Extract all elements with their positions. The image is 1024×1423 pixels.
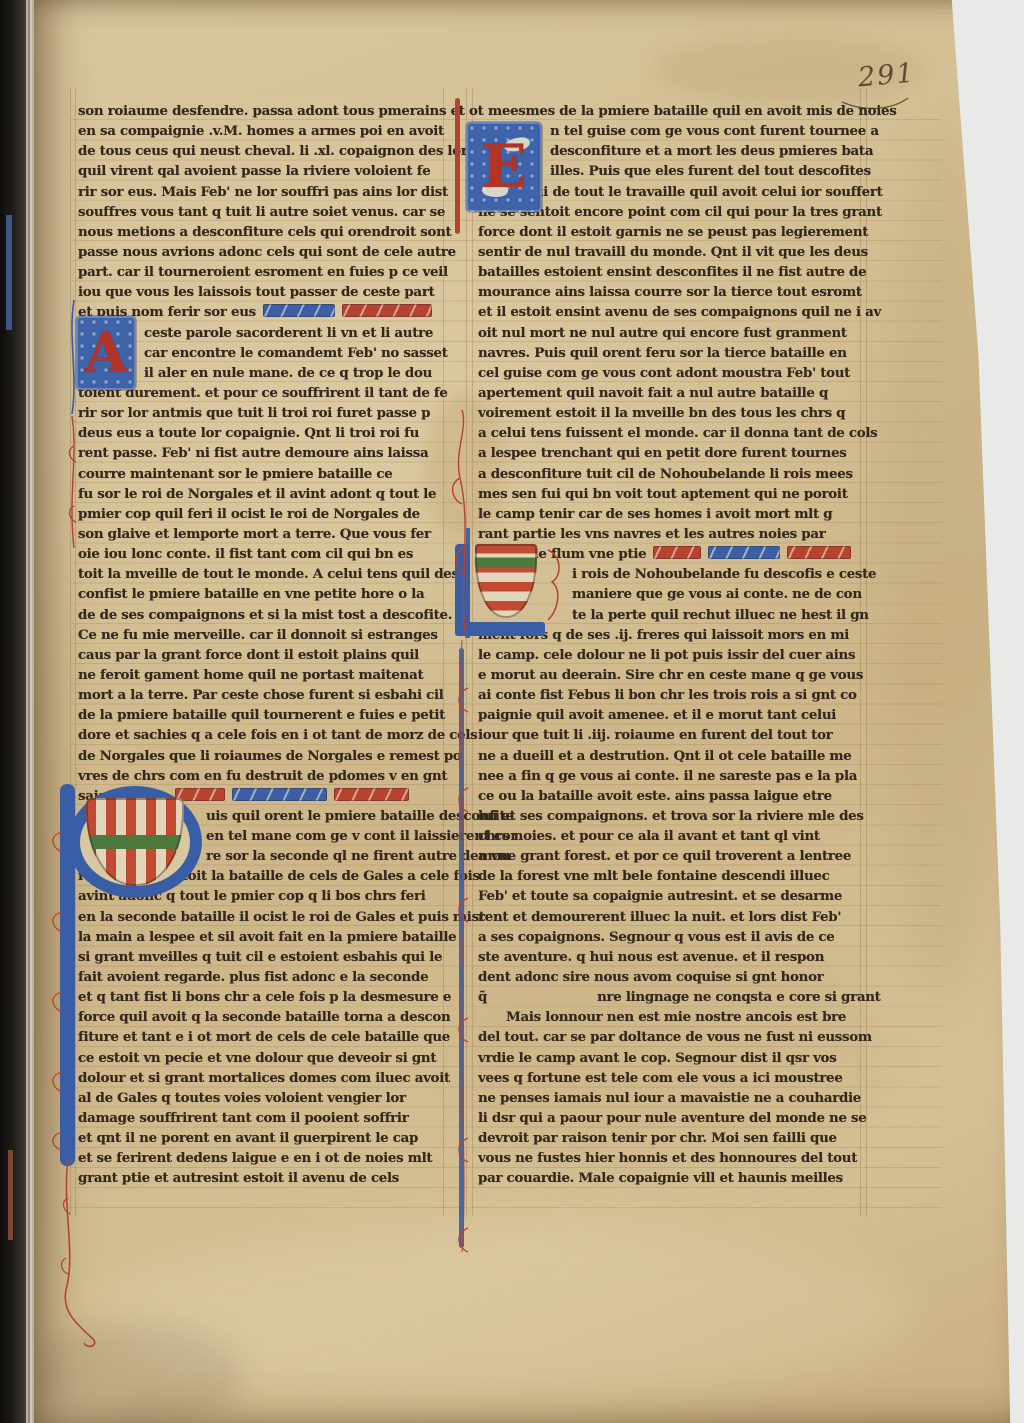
parchment-light-patch [94,1225,914,1400]
line-text: ce estoit vn pecie et vne dolour que dev… [78,1050,436,1066]
text-line: Mais lonnour nen est mie nostre ancois e… [478,1006,864,1026]
text-line: del tout. car se par doltance de vous ne… [478,1026,864,1046]
text-column-right: meesmes de la pmiere bataille quil en av… [478,100,864,1188]
line-text: ste aventure. q hui nous est avenue. et … [478,949,824,965]
text-line: q̃nre lingnage ne conqsta e core si gran… [478,986,864,1006]
line-text: del tout. car se par doltance de vous ne… [478,1029,872,1045]
text-line: de Norgales que li roiaumes de Norgales … [78,745,450,765]
text-line: confist le pmiere bataille en vne petite… [78,583,450,603]
red-filigree-icon [542,546,566,624]
text-line: devroit par raison tenir por chr. Moi se… [478,1127,864,1147]
line-filler-blue-icon [708,546,780,559]
text-line: mourance ains laissa courre sor la tierc… [478,281,864,301]
line-filler-red-icon [653,546,701,559]
text-line: pmier cop quil feri il ocist le roi de N… [78,503,450,523]
text-line: e morut au deerain. Sire chr en ceste ma… [478,664,864,684]
line-text: car encontre le comandemt Feb' no sasset [144,345,448,361]
intercolumn-flourish-icon [438,640,482,1264]
line-text: son roiaume desfendre. passa adont tous … [78,103,484,119]
line-text: fu sor le roi de Norgales et il avint ad… [78,486,436,502]
line-text: cel guise com ge vous cont adont moustra… [478,365,850,381]
text-line: la main a lespee et sil avoit fait en la… [78,926,450,946]
line-text: et il estoit ensint avenu de ses compaig… [478,304,881,320]
line-text: ne feroit gament home quil ne portast ma… [78,667,423,683]
illuminated-initial-P: P [56,784,208,904]
line-text: sentir de nul travaill du monde. Qnt il … [478,244,868,260]
line-text: force dont il estoit garnis ne se peust … [478,224,868,240]
margin-hooks-icon [40,820,66,1150]
line-text: et q tant fist li bons chr a cele fois p… [78,989,451,1005]
text-line: ne a dueill et a destrution. Qnt il ot c… [478,745,864,765]
line-text: rant partie les vns navres et les autres… [478,526,825,542]
line-text: grant ptie et autresint estoit il avenu … [78,1170,399,1186]
line-text: de la forest vne mlt bele fontaine desce… [478,868,829,884]
line-text: batailles estoient ensint desconfites il… [478,264,866,280]
line-filler-red-icon [334,788,409,801]
line-text: pmier cop quil feri il ocist le roi de N… [78,506,420,522]
text-line: damage souffrirent tant com il pooient s… [78,1107,450,1127]
parchment-stain [884,120,1004,1000]
text-line: par couardie. Male copaignie vill et hau… [478,1167,864,1187]
line-text: iou que vous les laissois tout passer de… [78,284,434,300]
line-text: ai conte fist Febus li bon chr les trois… [478,687,857,703]
line-text: et se ferirent dedens laigue e en i ot d… [78,1150,432,1166]
line-text: caus par la grant force dont il estoit p… [78,647,419,663]
text-line: en la seconde bataille il ocist le roi d… [78,906,450,926]
line-text: ce ou la bataille avoit este. ains passa… [478,788,832,804]
line-text: a desconfiture tuit cil de Nohoubelande … [478,466,853,482]
text-line: caus par la grant force dont il estoit p… [78,644,450,664]
line-text: ceste parole sacorderent li vn et li aut… [144,325,433,341]
text-line: et q tant fist li bons chr a cele fois p… [78,986,450,1006]
text-line: le camp tenir car de ses homes i avoit m… [478,503,864,523]
line-text: nre lingnage ne conqsta e core si grant [597,989,880,1005]
line-text: mort a la terre. Par ceste chose furent … [78,687,444,703]
folio-number: 291 [857,58,917,94]
text-line: fiture et tant e i ot mort de cels de ce… [78,1026,450,1046]
text-line: quil virent qal avoient passe la riviere… [78,160,450,180]
line-text: la main a lespee et sil avoit fait en la… [78,929,456,945]
text-line: a vne grant forest. et por ce quil trove… [478,845,864,865]
text-line: passe nous avrions adonc cels qui sont d… [78,241,450,261]
line-text: nous metions a desconfiture cels qui ore… [78,224,451,240]
line-text: apertement quil navoit fait a nul autre … [478,385,828,401]
text-line: ce estoit vn pecie et vne dolour que dev… [78,1047,450,1067]
line-text: dolour et si grant mortalices domes com … [78,1070,450,1086]
line-text: al de Gales q toutes voies voloient veng… [78,1090,406,1106]
line-filler-blue-icon [263,304,335,317]
line-text: meesmes de la pmiere bataille quil en av… [488,103,897,119]
line-text: navres. Puis quil orent feru sor la tier… [478,345,847,361]
line-text: et qnt il ne porent en avant il guerpire… [78,1130,418,1146]
line-text: rir sor lor antmis que tuit li troi roi … [78,405,430,421]
text-line: li dsr qui a paour pour nule aventure de… [478,1107,864,1127]
line-text: a vne grant forest. et por ce quil trove… [478,848,851,864]
line-text: damage souffrirent tant com il pooient s… [78,1110,408,1126]
line-text: i rois de Nohoubelande fu descofis e ces… [572,566,876,582]
line-text: de la pmiere bataille quil tournerent e … [78,707,445,723]
line-text: son glaive et lemporte mort a terre. Que… [78,526,431,542]
line-text: dent adonc sire nous avom coquise si gnt… [478,969,824,985]
text-line: voirement estoit il la mveille bn des to… [478,402,864,422]
line-text: desconfiture et a mort les deus pmieres … [550,143,873,159]
text-line: toit la mveille de tout le monde. A celu… [78,563,450,583]
text-line: le camp. cele dolour ne li pot puis issi… [478,644,864,664]
text-line: vres de chrs com en fu destruit de pdome… [78,765,450,785]
text-line: ne feroit gament home quil ne portast ma… [78,664,450,684]
line-filler-blue-icon [232,788,327,801]
line-text: li dsr qui a paour pour nule aventure de… [478,1110,867,1126]
line-text: te la perte quil rechut illuec ne hest i… [572,607,869,623]
text-line: ste aventure. q hui nous est avenue. et … [478,946,864,966]
text-line: et se ferirent dedens laigue e en i ot d… [78,1147,450,1167]
line-text: dore et sachies q a cele fois en i ot ta… [78,727,477,743]
text-line: nous metions a desconfiture cels qui ore… [78,221,450,241]
line-text: de Norgales que li roiaumes de Norgales … [78,748,462,764]
text-line: part. car il tourneroient esroment en fu… [78,261,450,281]
initial-l-ascender-flourish-icon [438,408,478,638]
line-text: nee a fin q ge vous ai conte. il ne sare… [478,768,857,784]
line-text: mourance ains laissa courre sor la tierc… [478,284,862,300]
text-line: rir sor eus. Mais Feb' ne lor souffri pa… [78,181,450,201]
line-text: iour que tuit li .iij. roiaume en furent… [478,727,832,743]
text-line: dore et sachies q a cele fois en i ot ta… [78,724,450,744]
text-line: grant ptie et autresint estoit il avenu … [78,1167,450,1187]
text-line: paignie quil avoit amenee. et il e morut… [478,704,864,724]
text-line: sentir de nul travaill du monde. Qnt il … [478,241,864,261]
line-text: le camp. cele dolour ne li pot puis issi… [478,647,855,663]
text-line: nee a fin q ge vous ai conte. il ne sare… [478,765,864,785]
line-text: vres de chrs com en fu destruit de pdome… [78,768,447,784]
illuminated-initial-A: A [76,316,136,390]
text-line: dolour et si grant mortalices domes com … [78,1067,450,1087]
line-text: fait avoient regarde. plus fist adonc e … [78,969,428,985]
text-line: son glaive et lemporte mort a terre. Que… [78,523,450,543]
text-line: vrdie le camp avant le cop. Segnour dist… [478,1047,864,1067]
parchment-page: 291 son roiaume desfendre. passa adont t… [34,0,1024,1423]
line-text: souffres vous tant q tuit li autre soiet… [78,204,445,220]
text-line: et il estoit ensint avenu de ses compaig… [478,301,864,321]
line-text: maniere que ge vous ai conte. ne de con [572,586,862,602]
line-text: a celui tens fuissent el monde. car il d… [478,425,877,441]
line-text: rir sor eus. Mais Feb' ne lor souffri pa… [78,184,448,200]
line-text: ne a dueill et a destrution. Qnt il ot c… [478,748,852,764]
line-text: en la seconde bataille il ocist le roi d… [78,909,485,925]
text-line: a celui tens fuissent el monde. car il d… [478,422,864,442]
text-line: mes sen fui qui bn voit tout aptement qu… [478,483,864,503]
text-line: a ses copaignons. Segnour q vous est il … [478,926,864,946]
text-line: force dont il estoit garnis ne se peust … [478,221,864,241]
text-line: meesmes de la pmiere bataille quil en av… [478,100,864,120]
line-text: Feb' et toute sa copaignie autresint. et… [478,888,842,904]
heraldic-shield-barry-red-white-green-bar-icon [475,544,537,618]
underleaf-blue-decoration [6,215,12,330]
line-text: de de ses compaignons et si la mist tost… [78,607,452,623]
text-line: apertement quil navoit fait a nul autre … [478,382,864,402]
initial-p-tail-flourish-icon [54,1158,110,1348]
line-text: quil virent qal avoient passe la riviere… [78,163,430,179]
text-line: mort a la terre. Par ceste chose furent … [78,684,450,704]
line-text: Mais lonnour nen est mie nostre ancois e… [506,1009,846,1025]
underleaf-red-decoration [8,1150,13,1240]
line-filler-red-icon [342,304,432,317]
text-line: ne penses iamais nul iour a mavaistie ne… [478,1087,864,1107]
line-text: si grant mveilles q tuit cil e estoient … [78,949,442,965]
line-text: vees q fortune est tele com ele vous a i… [478,1070,843,1086]
line-text: de tous ceus qui neust cheval. li .xl. c… [78,143,475,159]
text-line: rent et demourerent illuec la nuit. et l… [478,906,864,926]
text-line: rant partie les vns navres et les autres… [478,523,864,543]
text-line: Feb' et toute sa copaignie autresint. et… [478,885,864,905]
text-line: a desconfiture tuit cil de Nohoubelande … [478,463,864,483]
text-line: vees q fortune est tele com ele vous a i… [478,1067,864,1087]
line-text: deus eus a toute lor copaignie. Qnt li t… [78,425,419,441]
text-line: de la forest vne mlt bele fontaine desce… [478,865,864,885]
line-text: le camp tenir car de ses homes i avoit m… [478,506,832,522]
text-line: iour que tuit li .iij. roiaume en furent… [478,724,864,744]
line-text: mes sen fui qui bn voit tout aptement qu… [478,486,848,502]
line-text: passe nous avrions adonc cels qui sont d… [78,244,456,260]
line-text: par couardie. Male copaignie vill et hau… [478,1170,843,1186]
text-line: rent passe. Feb' ni fist autre demoure a… [78,442,450,462]
line-text: vrdie le camp avant le cop. Segnour dist… [478,1050,836,1066]
text-line: fait avoient regarde. plus fist adonc e … [78,966,450,986]
line-text: e morut au deerain. Sire chr en ceste ma… [478,667,863,683]
line-text: fiture et tant e i ot mort de cels de ce… [78,1029,450,1045]
text-line: navres. Puis quil orent feru sor la tier… [478,342,864,362]
text-line: deus eus a toute lor copaignie. Qnt li t… [78,422,450,442]
text-line: fu sor le roi de Norgales et il avint ad… [78,483,450,503]
line-text: oit nul mort ne nul autre qui encore fus… [478,325,847,341]
line-text: ne penses iamais nul iour a mavaistie ne… [478,1090,861,1106]
text-column-left: son roiaume desfendre. passa adont tous … [78,100,450,1188]
illuminated-initial-E: E [466,122,542,212]
text-line: oit nul mort ne nul autre qui encore fus… [478,322,864,342]
line-text: lui et ses compaignons. et trova sor la … [478,808,864,824]
text-line: chrs noies. et pour ce ala il avant et t… [478,825,864,845]
line-text: paignie quil avoit amenee. et il e morut… [478,707,836,723]
text-line: en sa compaignie .v.M. homes a armes poi… [78,120,450,140]
red-bracket-flourish [455,98,460,234]
text-line: de la pmiere bataille quil tournerent e … [78,704,450,724]
manuscript-photo: 291 son roiaume desfendre. passa adont t… [0,0,1024,1423]
line-text: voirement estoit il la mveille bn des to… [478,405,845,421]
line-filler-red-icon [787,546,851,559]
line-text: rent passe. Feb' ni fist autre demoure a… [78,445,428,461]
text-line: son roiaume desfendre. passa adont tous … [78,100,450,120]
line-text: confist le pmiere bataille en vne petite… [78,586,424,602]
text-line: cel guise com ge vous cont adont moustra… [478,362,864,382]
line-text: a ses copaignons. Segnour q vous est il … [478,929,835,945]
text-line: force quil avoit q la seconde bataille t… [78,1006,450,1026]
text-line: Ce ne fu mie merveille. car il donnoit s… [78,624,450,644]
line-text: vous ne fustes hier honnis et des honnou… [478,1150,857,1166]
vertical-ruling [75,88,76,1216]
text-line: batailles estoient ensint desconfites il… [478,261,864,281]
line-text: en sa compaignie .v.M. homes a armes poi… [78,123,444,139]
margin-flourish-icon [62,296,84,556]
text-line: rir sor lor antmis que tuit li troi roi … [78,402,450,422]
text-line: vous ne fustes hier honnis et des honnou… [478,1147,864,1167]
text-line: ce ou la bataille avoit este. ains passa… [478,785,864,805]
text-line: dent adonc sire nous avom coquise si gnt… [478,966,864,986]
line-text: toit la mveille de tout le monde. A celu… [78,566,459,582]
line-text: force quil avoit q la seconde bataille t… [78,1009,450,1025]
text-line: souffres vous tant q tuit li autre soiet… [78,201,450,221]
text-line: oie iou lonc conte. il fist tant com cil… [78,543,450,563]
line-text: part. car il tourneroient esroment en fu… [78,264,448,280]
line-text: il aler en nule mane. de ce q trop le do… [144,365,432,381]
text-line: courre maintenant sor le pmiere bataille… [78,463,450,483]
line-text: oie iou lonc conte. il fist tant com cil… [78,546,413,562]
line-text: rent et demourerent illuec la nuit. et l… [478,909,841,925]
text-line: de tous ceus qui neust cheval. li .xl. c… [78,140,450,160]
text-line: al de Gales q toutes voies voloient veng… [78,1087,450,1107]
line-text: chrs noies. et pour ce ala il avant et t… [478,828,820,844]
line-text: devroit par raison tenir por chr. Moi se… [478,1130,837,1146]
line-text: n tel guise com ge vous cont furent tour… [550,123,879,139]
line-text: courre maintenant sor le pmiere bataille… [78,466,392,482]
text-line: iou que vous les laissois tout passer de… [78,281,450,301]
line-text: illes. Puis que eles furent del tout des… [550,163,871,179]
line-text: Ce ne fu mie merveille. car il donnoit s… [78,627,438,643]
text-line: a lespee trenchant qui en petit dore fur… [478,442,864,462]
text-line: de de ses compaignons et si la mist tost… [78,604,450,624]
text-line: lui et ses compaignons. et trova sor la … [478,805,864,825]
line-text: a lespee trenchant qui en petit dore fur… [478,445,847,461]
text-line: ai conte fist Febus li bon chr les trois… [478,684,864,704]
text-line: si grant mveilles q tuit cil e estoient … [78,946,450,966]
text-line: et qnt il ne porent en avant il guerpire… [78,1127,450,1147]
